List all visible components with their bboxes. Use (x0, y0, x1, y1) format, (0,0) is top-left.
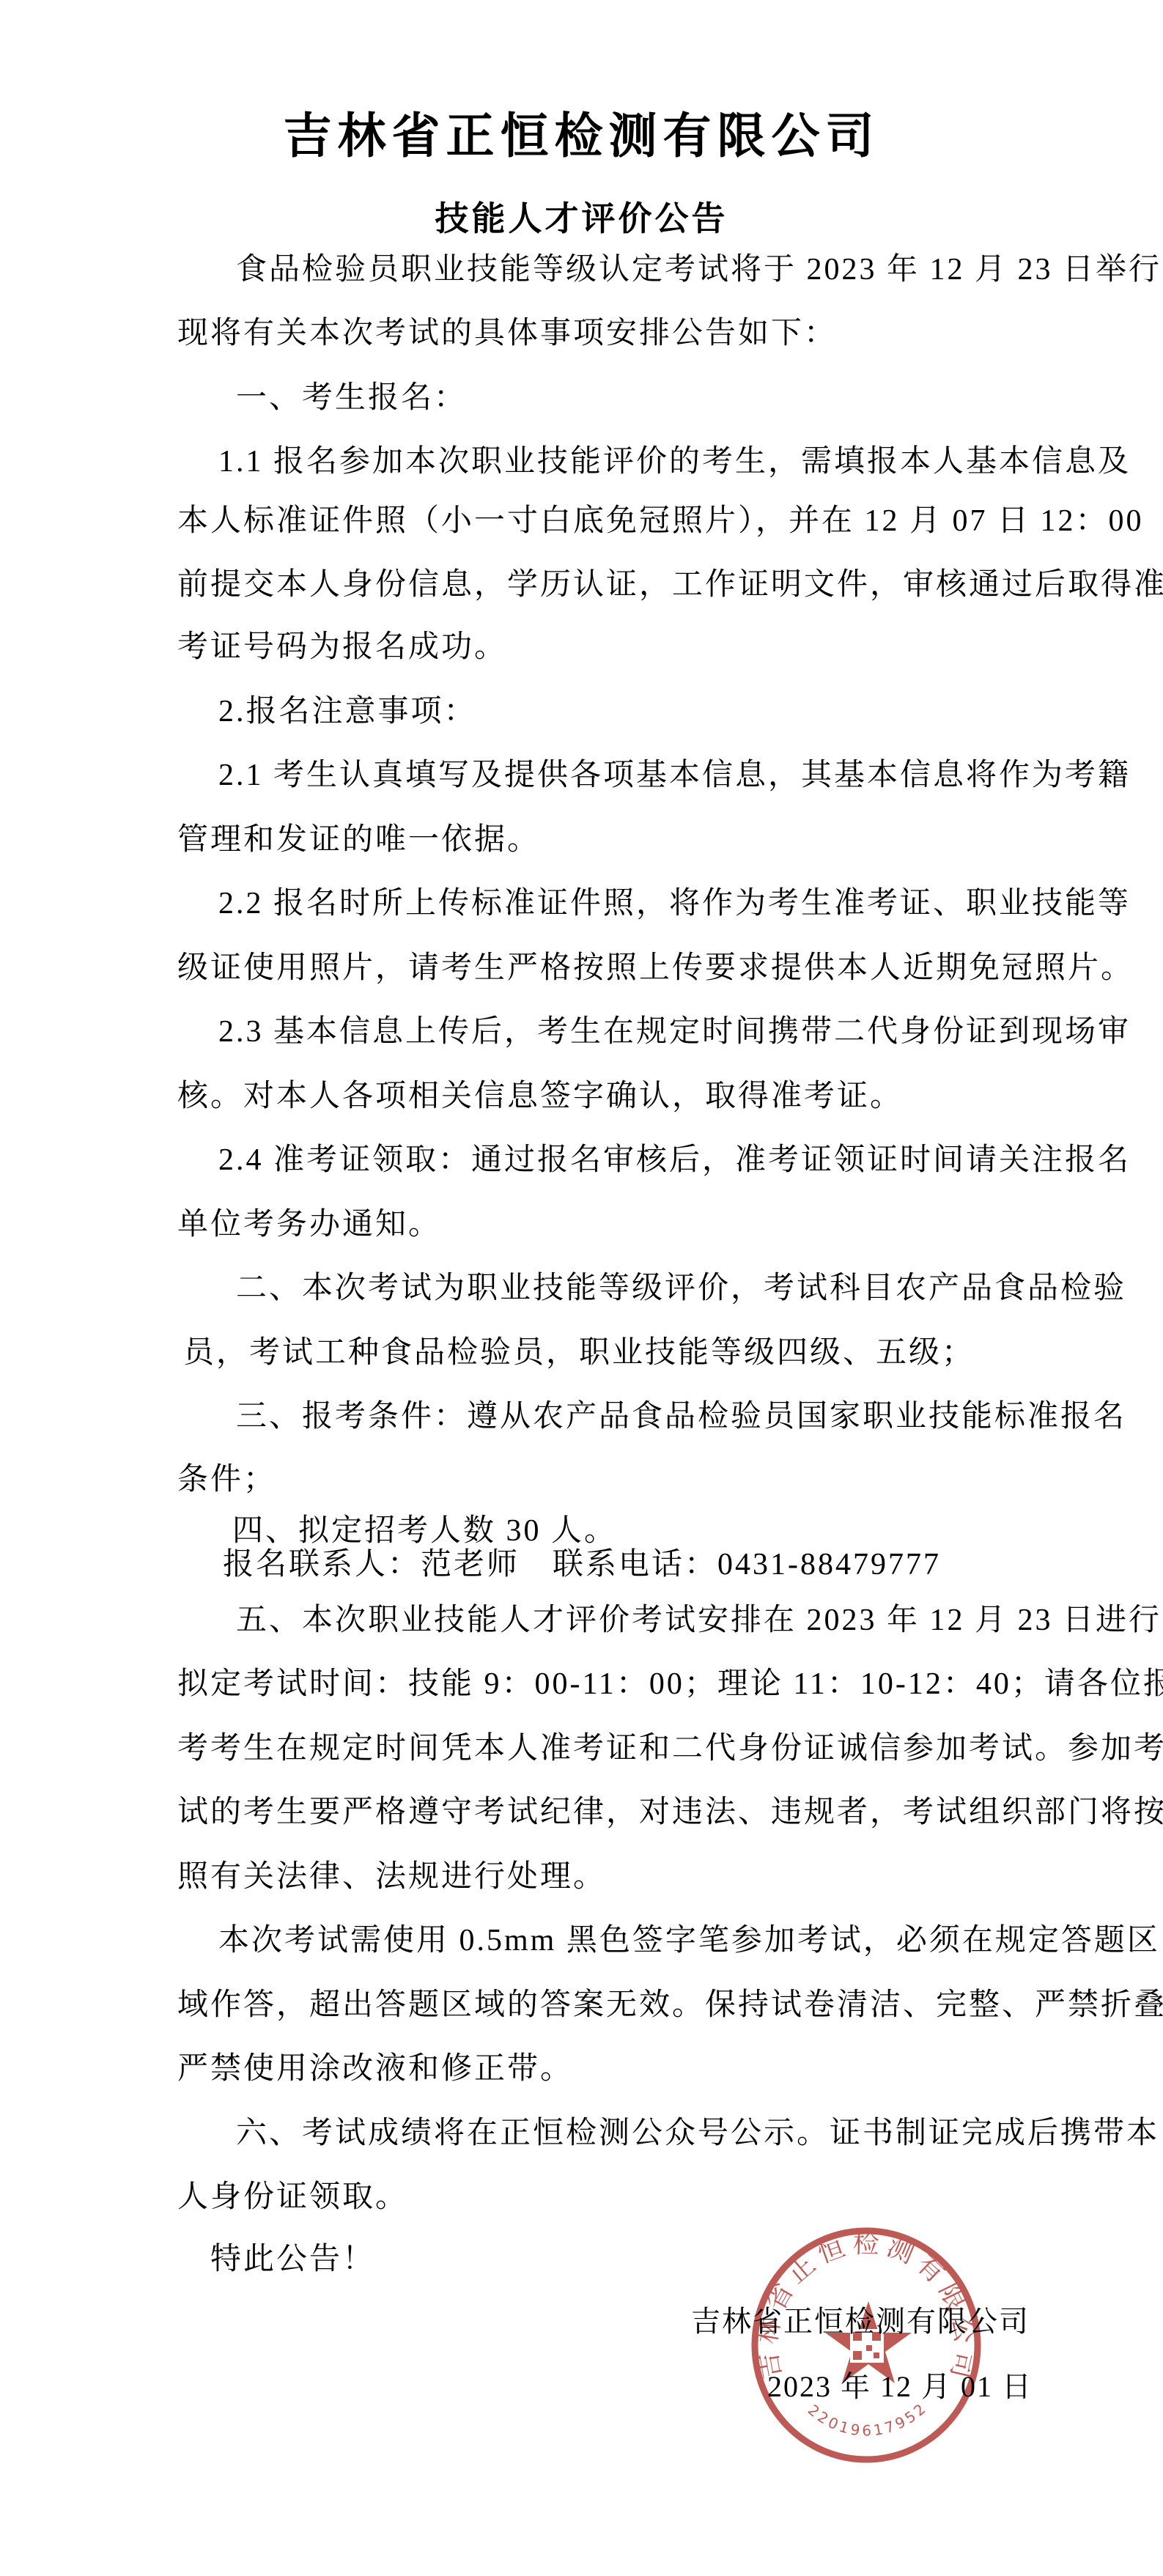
body-line: 2.3 基本信息上传后，考生在规定时间携带二代身份证到现场审 (177, 1016, 1131, 1047)
body-line: 照有关法律、法规进行处理。 (177, 1861, 606, 1892)
body-line: 条件； (177, 1464, 276, 1495)
page-subtitle: 技能人才评价公告 (0, 192, 1163, 240)
body-line: 员，考试工种食品检验员，职业技能等级四级、五级； (177, 1337, 975, 1368)
body-line: 试的考生要严格遵守考试纪律，对违法、违规者，考试组织部门将按 (177, 1797, 1163, 1828)
body-line: 管理和发证的唯一依据。 (177, 824, 540, 855)
body-line: 1.1 报名参加本次职业技能评价的考生，需填报本人基本信息及 (177, 446, 1131, 477)
closing-statement: 特此公告！ (177, 2244, 375, 2275)
body-line: 现将有关本次考试的具体事项安排公告如下： (177, 318, 837, 349)
signature-date: 2023 年 12 月 01 日 (767, 2372, 1033, 2402)
body-line: 食品检验员职业技能等级认定考试将于 2023 年 12 月 23 日举行， (177, 254, 1163, 285)
page-title: 吉林省正恒检测有限公司 (0, 97, 1163, 166)
signature-company: 吉林省正恒检测有限公司 (691, 2307, 1030, 2336)
company-stamp: 吉林省正恒检测有限公司 2201961795247 (733, 2213, 1004, 2484)
body-line: 2.报名注意事项： (177, 696, 477, 727)
body-line: 本人标准证件照（小一寸白底免冠照片），并在 12 月 07 日 12：00 (177, 506, 1144, 536)
body-line: 拟定考试时间：技能 9：00-11：00；理论 11：10-12：40；请各位报 (177, 1669, 1163, 1700)
body-line: 核。对本人各项相关信息签字确认，取得准考证。 (177, 1081, 903, 1112)
body-line: 人身份证领取。 (177, 2182, 408, 2213)
body-line: 考证号码为报名成功。 (177, 632, 507, 663)
body-line: 本次考试需使用 0.5mm 黑色签字笔参加考试，必须在规定答题区 (177, 1925, 1160, 1956)
body-line: 级证使用照片，请考生严格按照上传要求提供本人近期免冠照片。 (177, 953, 1134, 983)
body-line: 六、考试成绩将在正恒检测公众号公示。证书制证完成后携带本 (177, 2118, 1159, 2149)
body-line: 域作答，超出答题区域的答案无效。保持试卷清洁、完整、严禁折叠， (177, 1990, 1163, 2020)
body-line: 2.4 准考证领取：通过报名审核后，准考证领证时间请关注报名 (177, 1145, 1131, 1176)
body-line: 考考生在规定时间凭本人准考证和二代身份证诚信参加考试。参加考 (177, 1733, 1163, 1764)
body-line: 二、本次考试为职业技能等级评价，考试科目农产品食品检验 (177, 1273, 1126, 1304)
body-line: 四、拟定招考人数 30 人。 (177, 1516, 617, 1546)
body-line: 前提交本人身份信息，学历认证，工作证明文件，审核通过后取得准 (177, 569, 1163, 600)
body-line: 三、报考条件：遵从农产品食品检验员国家职业技能标准报名 (177, 1401, 1126, 1432)
body-line: 一、考生报名： (177, 383, 467, 413)
body-line: 2.2 报名时所上传标准证件照，将作为考生准考证、职业技能等 (177, 888, 1131, 919)
body-line: 单位考务办通知。 (177, 1209, 441, 1240)
body-line: 五、本次职业技能人才评价考试安排在 2023 年 12 月 23 日进行， (177, 1605, 1163, 1636)
body-line: 报名联系人：范老师 联系电话：0431-88479777 (177, 1549, 941, 1580)
announcement-document: 吉林省正恒检测有限公司 技能人才评价公告 食品检验员职业技能等级认定考试将于 2… (0, 0, 1163, 2576)
body-line: 严禁使用涂改液和修正带。 (177, 2053, 573, 2084)
body-line: 2.1 考生认真填写及提供各项基本信息，其基本信息将作为考籍 (177, 760, 1131, 791)
